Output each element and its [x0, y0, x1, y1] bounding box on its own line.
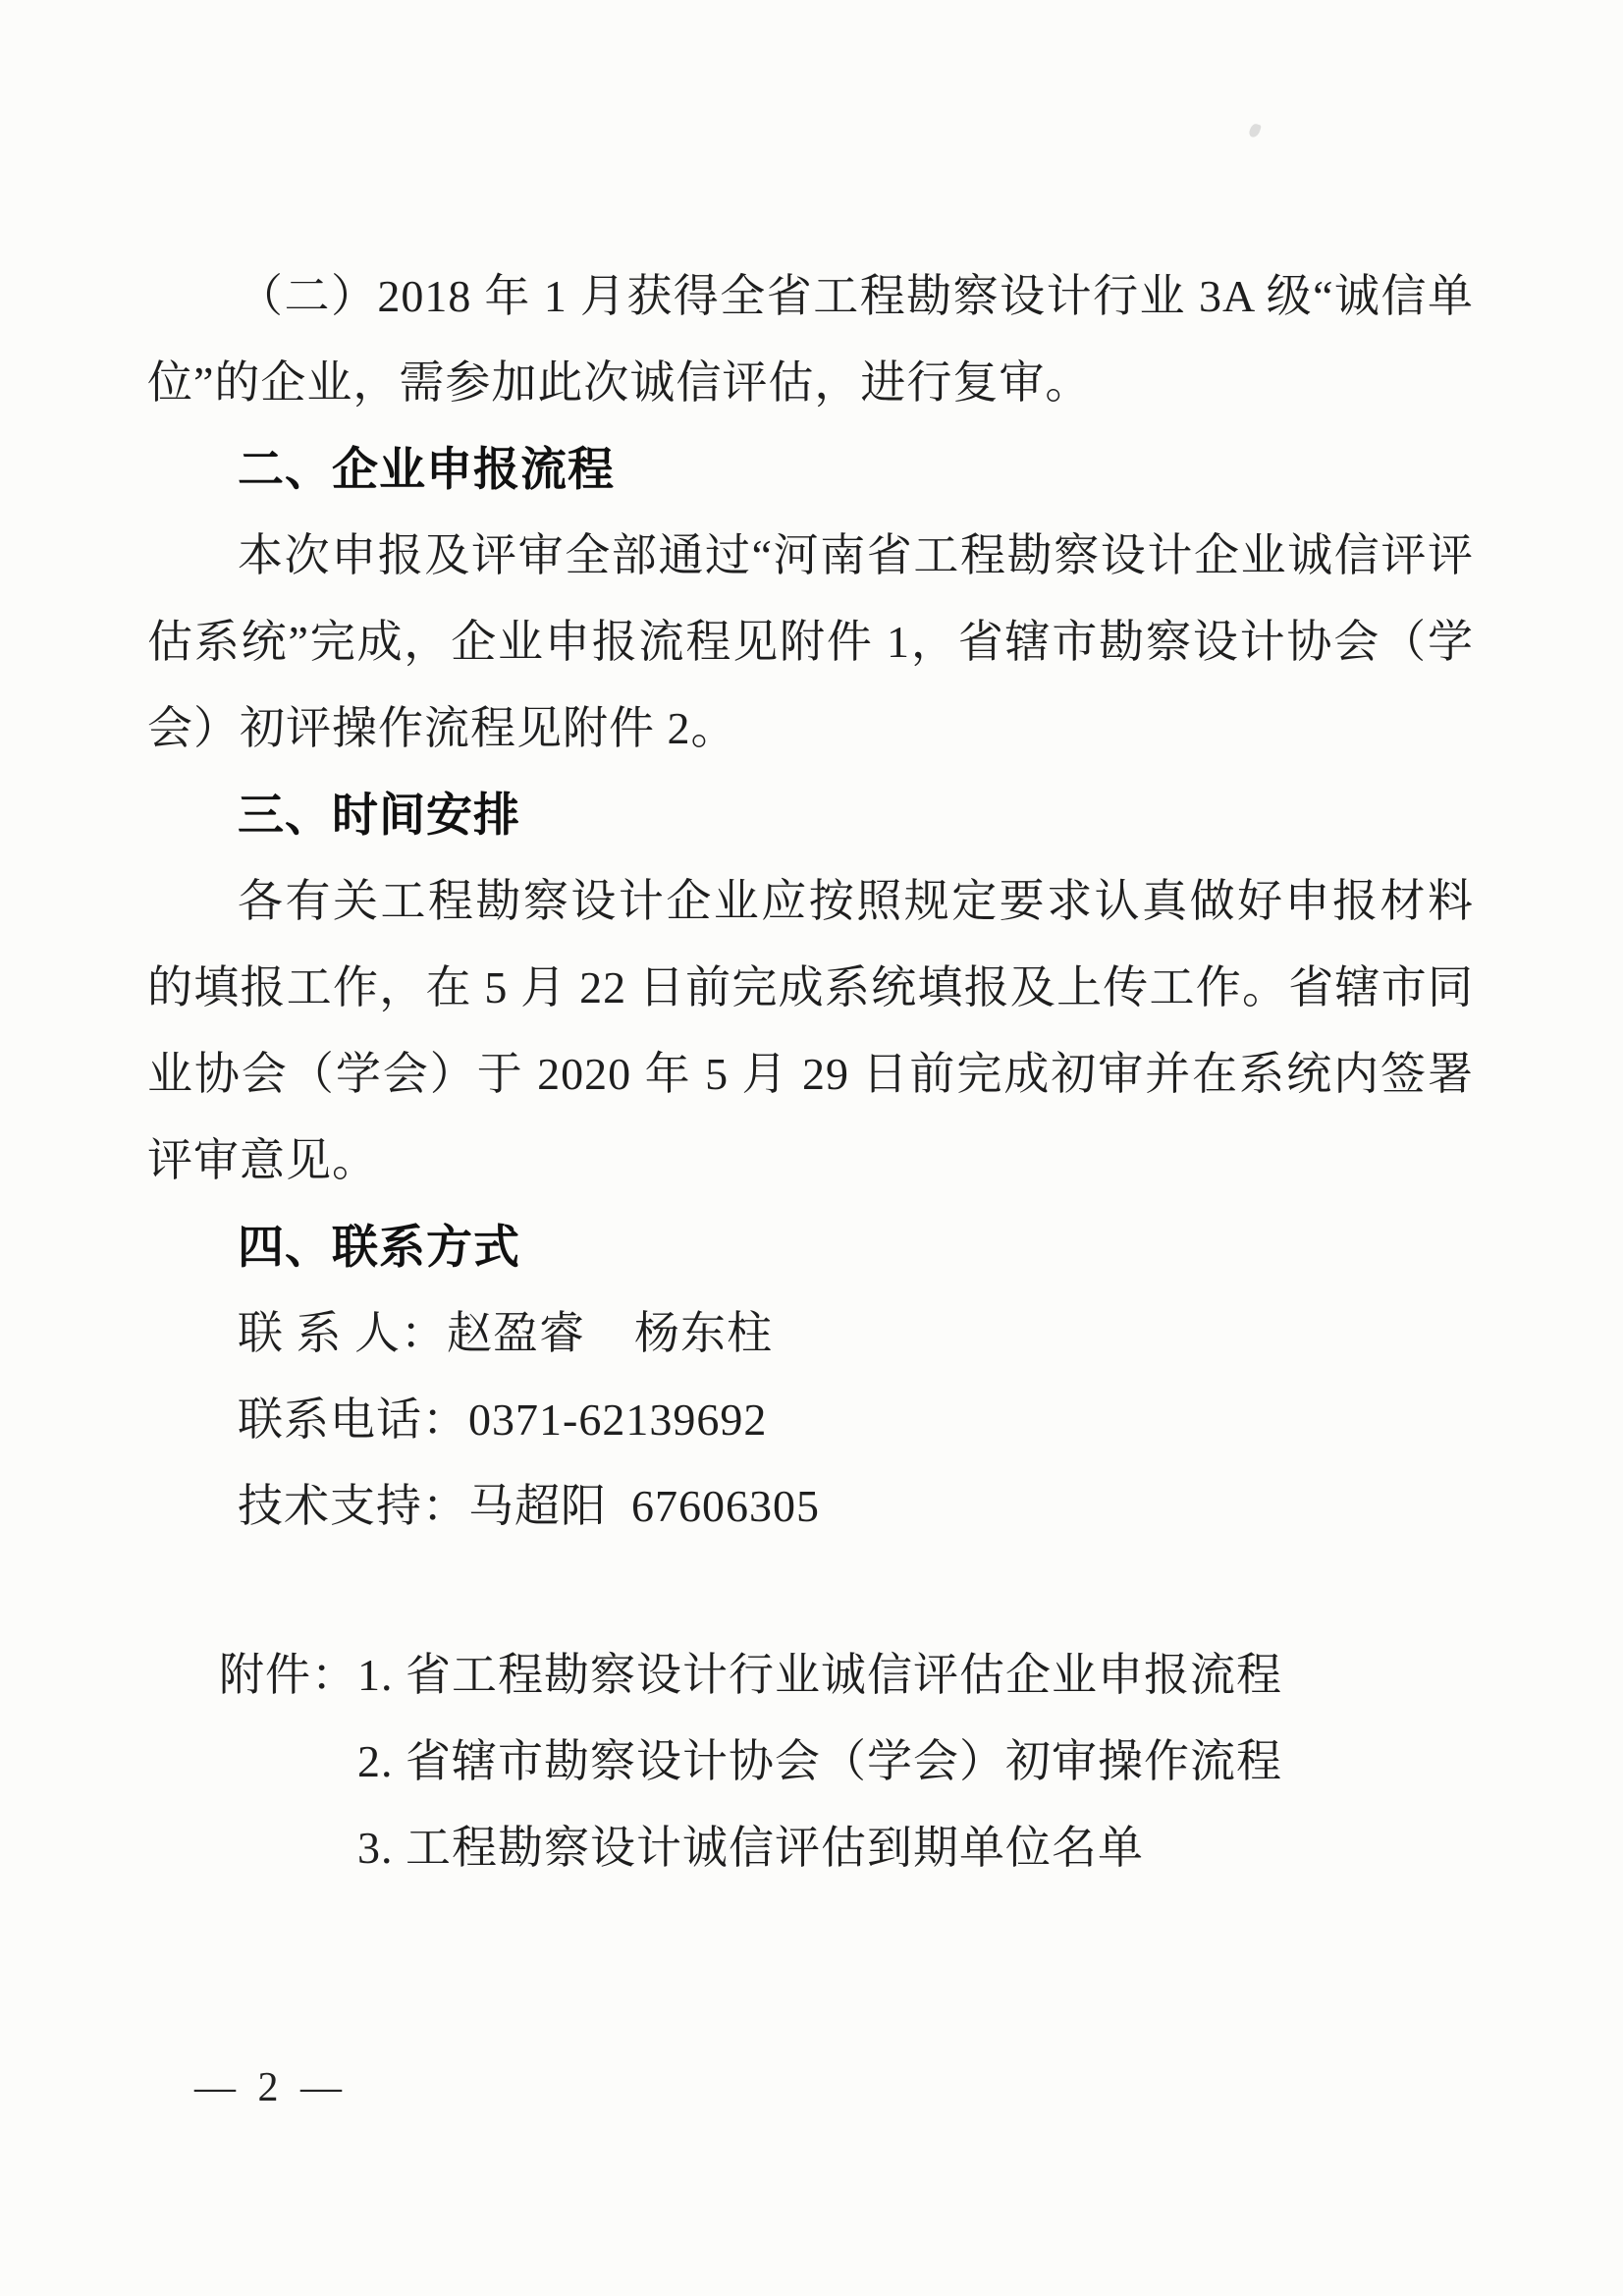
attachment-item-3: 3. 工程勘察设计诚信评估到期单位名单 — [357, 1805, 1474, 1891]
attachment-item-2: 2. 省辖市勘察设计协会（学会）初审操作流程 — [357, 1719, 1474, 1805]
heading-schedule: 三、时间安排 — [147, 772, 1474, 858]
tech-support-line: 技术支持：马超阳 67606305 — [147, 1463, 1474, 1550]
attachment-item-1: 1. 省工程勘察设计行业诚信评估企业申报流程 — [357, 1632, 1474, 1719]
attachments-block: 附件： 1. 省工程勘察设计行业诚信评估企业申报流程 2. 省辖市勘察设计协会（… — [147, 1632, 1474, 1891]
contact-phone-line: 联系电话：0371-62139692 — [147, 1377, 1474, 1463]
scanned-document-page: （二）2018 年 1 月获得全省工程勘察设计行业 3A 级“诚信单位”的企业，… — [0, 0, 1623, 2296]
heading-contact: 四、联系方式 — [147, 1204, 1474, 1290]
heading-application-process: 二、企业申报流程 — [147, 426, 1474, 513]
attachments-label: 附件： — [219, 1632, 357, 1719]
document-body: （二）2018 年 1 月获得全省工程勘察设计行业 3A 级“诚信单位”的企业，… — [147, 253, 1474, 1891]
attachments-list: 1. 省工程勘察设计行业诚信评估企业申报流程 2. 省辖市勘察设计协会（学会）初… — [357, 1632, 1474, 1891]
paragraph-applicants: （二）2018 年 1 月获得全省工程勘察设计行业 3A 级“诚信单位”的企业，… — [147, 253, 1474, 426]
scan-artifact — [1248, 123, 1262, 138]
page-number: — 2 — — [194, 2064, 348, 2111]
paragraph-application-process: 本次申报及评审全部通过“河南省工程勘察设计企业诚信评评估系统”完成，企业申报流程… — [147, 513, 1474, 772]
paragraph-schedule: 各有关工程勘察设计企业应按照规定要求认真做好申报材料的填报工作，在 5 月 22… — [147, 858, 1474, 1204]
contact-person-line: 联 系 人：赵盈睿 杨东柱 — [147, 1290, 1474, 1377]
